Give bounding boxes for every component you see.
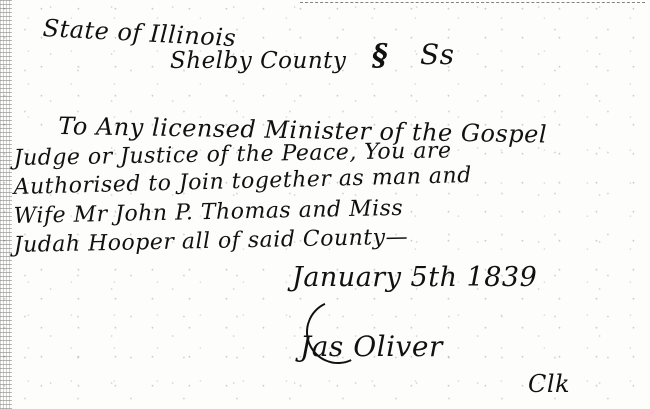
heading-county: Shelby County bbox=[170, 48, 346, 74]
top-edge-rule bbox=[300, 2, 645, 3]
heading-ss: Ss bbox=[420, 38, 455, 71]
heading-state: State of Illinois bbox=[42, 14, 237, 52]
document-page: State of Illinois Shelby County § Ss To … bbox=[0, 0, 650, 409]
seal-mark-icon: § bbox=[372, 38, 388, 73]
clerk-signature: Jas Oliver bbox=[300, 330, 443, 363]
body-line-5: Judah Hooper all of said County— bbox=[13, 225, 408, 258]
clerk-title: Clk bbox=[528, 370, 570, 398]
page-edge-shadow bbox=[0, 0, 12, 409]
document-date: January 5th 1839 bbox=[292, 262, 537, 293]
body-line-4: Wife Mr John P. Thomas and Miss bbox=[13, 196, 403, 229]
